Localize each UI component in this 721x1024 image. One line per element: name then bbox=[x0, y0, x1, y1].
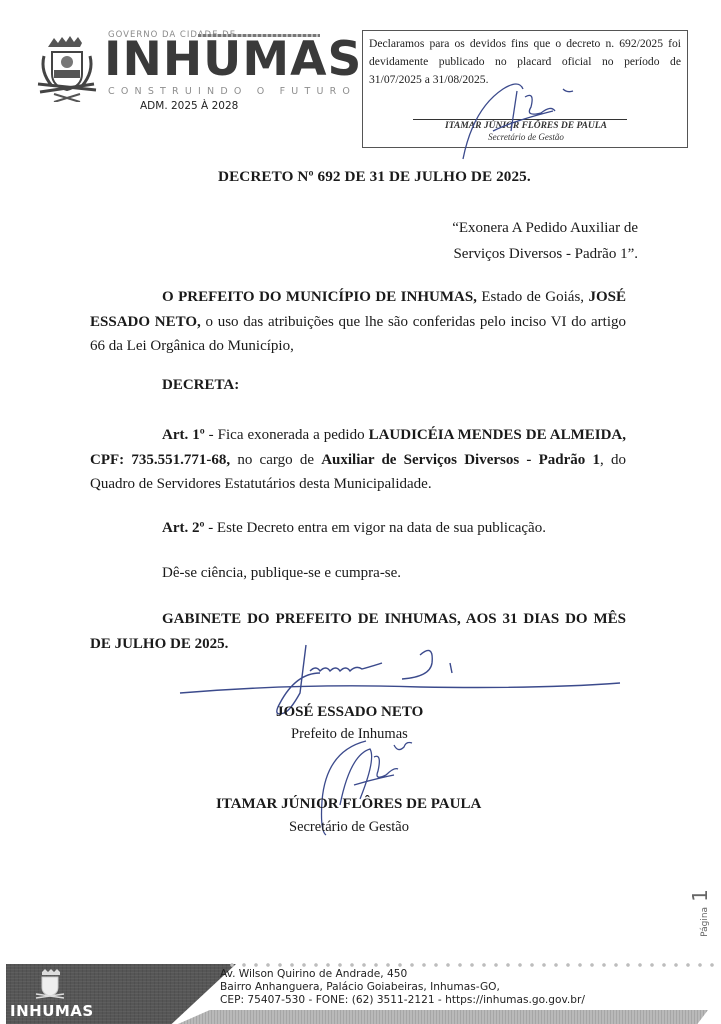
footer-brand: INHUMAS bbox=[10, 1002, 94, 1020]
page-label: Página bbox=[700, 907, 710, 937]
footer-address-line-2: Bairro Anhanguera, Palácio Goiabeiras, I… bbox=[220, 981, 585, 994]
administration-period: ADM. 2025 À 2028 bbox=[140, 100, 238, 112]
coat-of-arms-icon bbox=[36, 34, 98, 102]
page-marker: Página 1 bbox=[683, 880, 717, 946]
art2-text: - Este Decreto entra em vigor na data de… bbox=[204, 520, 546, 536]
summary-line-2: Serviços Diversos - Padrão 1”. bbox=[438, 241, 638, 267]
city-name: INHUMAS bbox=[104, 36, 362, 83]
decreta-heading: DECRETA: bbox=[90, 373, 626, 398]
decree-title: DECRETO Nº 692 DE 31 DE JULHO DE 2025. bbox=[218, 168, 531, 186]
art2-label: Art. 2º bbox=[162, 520, 204, 536]
footer-address-line-1: Av. Wilson Quirino de Andrade, 450 bbox=[220, 968, 585, 981]
footer-contact-line: CEP: 75407-530 - FONE: (62) 3511-2121 - … bbox=[220, 994, 585, 1007]
footer-stripe bbox=[178, 1010, 708, 1024]
art1-position: Auxiliar de Serviços Diversos - Padrão 1 bbox=[321, 452, 600, 468]
page-number: 1 bbox=[688, 889, 712, 902]
stamp-signature-icon bbox=[453, 71, 593, 161]
decree-preamble: O PREFEITO DO MUNICÍPIO DE INHUMAS, Esta… bbox=[90, 285, 626, 359]
art1-label: Art. 1º bbox=[162, 427, 205, 443]
page-footer: INHUMAS Av. Wilson Quirino de Andrade, 4… bbox=[0, 960, 721, 1024]
decree-summary: “Exonera A Pedido Auxiliar de Serviços D… bbox=[438, 215, 638, 267]
secretary-name: ITAMAR JÚNIOR FLÔRES DE PAULA bbox=[216, 796, 481, 813]
art1-text: - Fica exonerada a pedido bbox=[205, 427, 369, 443]
publication-stamp: Declaramos para os devidos fins que o de… bbox=[362, 30, 688, 148]
preamble-state: Estado de Goiás, bbox=[477, 289, 589, 305]
city-tagline: CONSTRUINDO O FUTURO bbox=[108, 86, 356, 97]
preamble-authority: O PREFEITO DO MUNICÍPIO DE INHUMAS, bbox=[162, 289, 477, 305]
decreta-label: DECRETA: bbox=[162, 377, 239, 393]
closing-formula: Dê-se ciência, publique-se e cumpra-se. bbox=[90, 561, 626, 586]
summary-line-1: “Exonera A Pedido Auxiliar de bbox=[438, 215, 638, 241]
article-2: Art. 2º - Este Decreto entra em vigor na… bbox=[90, 516, 626, 541]
city-logo: GOVERNO DA CIDADE DE INHUMAS CONSTRUINDO… bbox=[36, 28, 336, 118]
art1-text-2: no cargo de bbox=[230, 452, 321, 468]
footer-address: Av. Wilson Quirino de Andrade, 450 Bairr… bbox=[220, 968, 585, 1008]
mayor-name: JOSÉ ESSADO NETO bbox=[276, 704, 423, 721]
footer-coat-of-arms-icon bbox=[34, 968, 66, 1000]
article-1: Art. 1º - Fica exonerada a pedido LAUDIC… bbox=[90, 423, 626, 497]
secretary-role: Secretário de Gestão bbox=[289, 819, 409, 836]
